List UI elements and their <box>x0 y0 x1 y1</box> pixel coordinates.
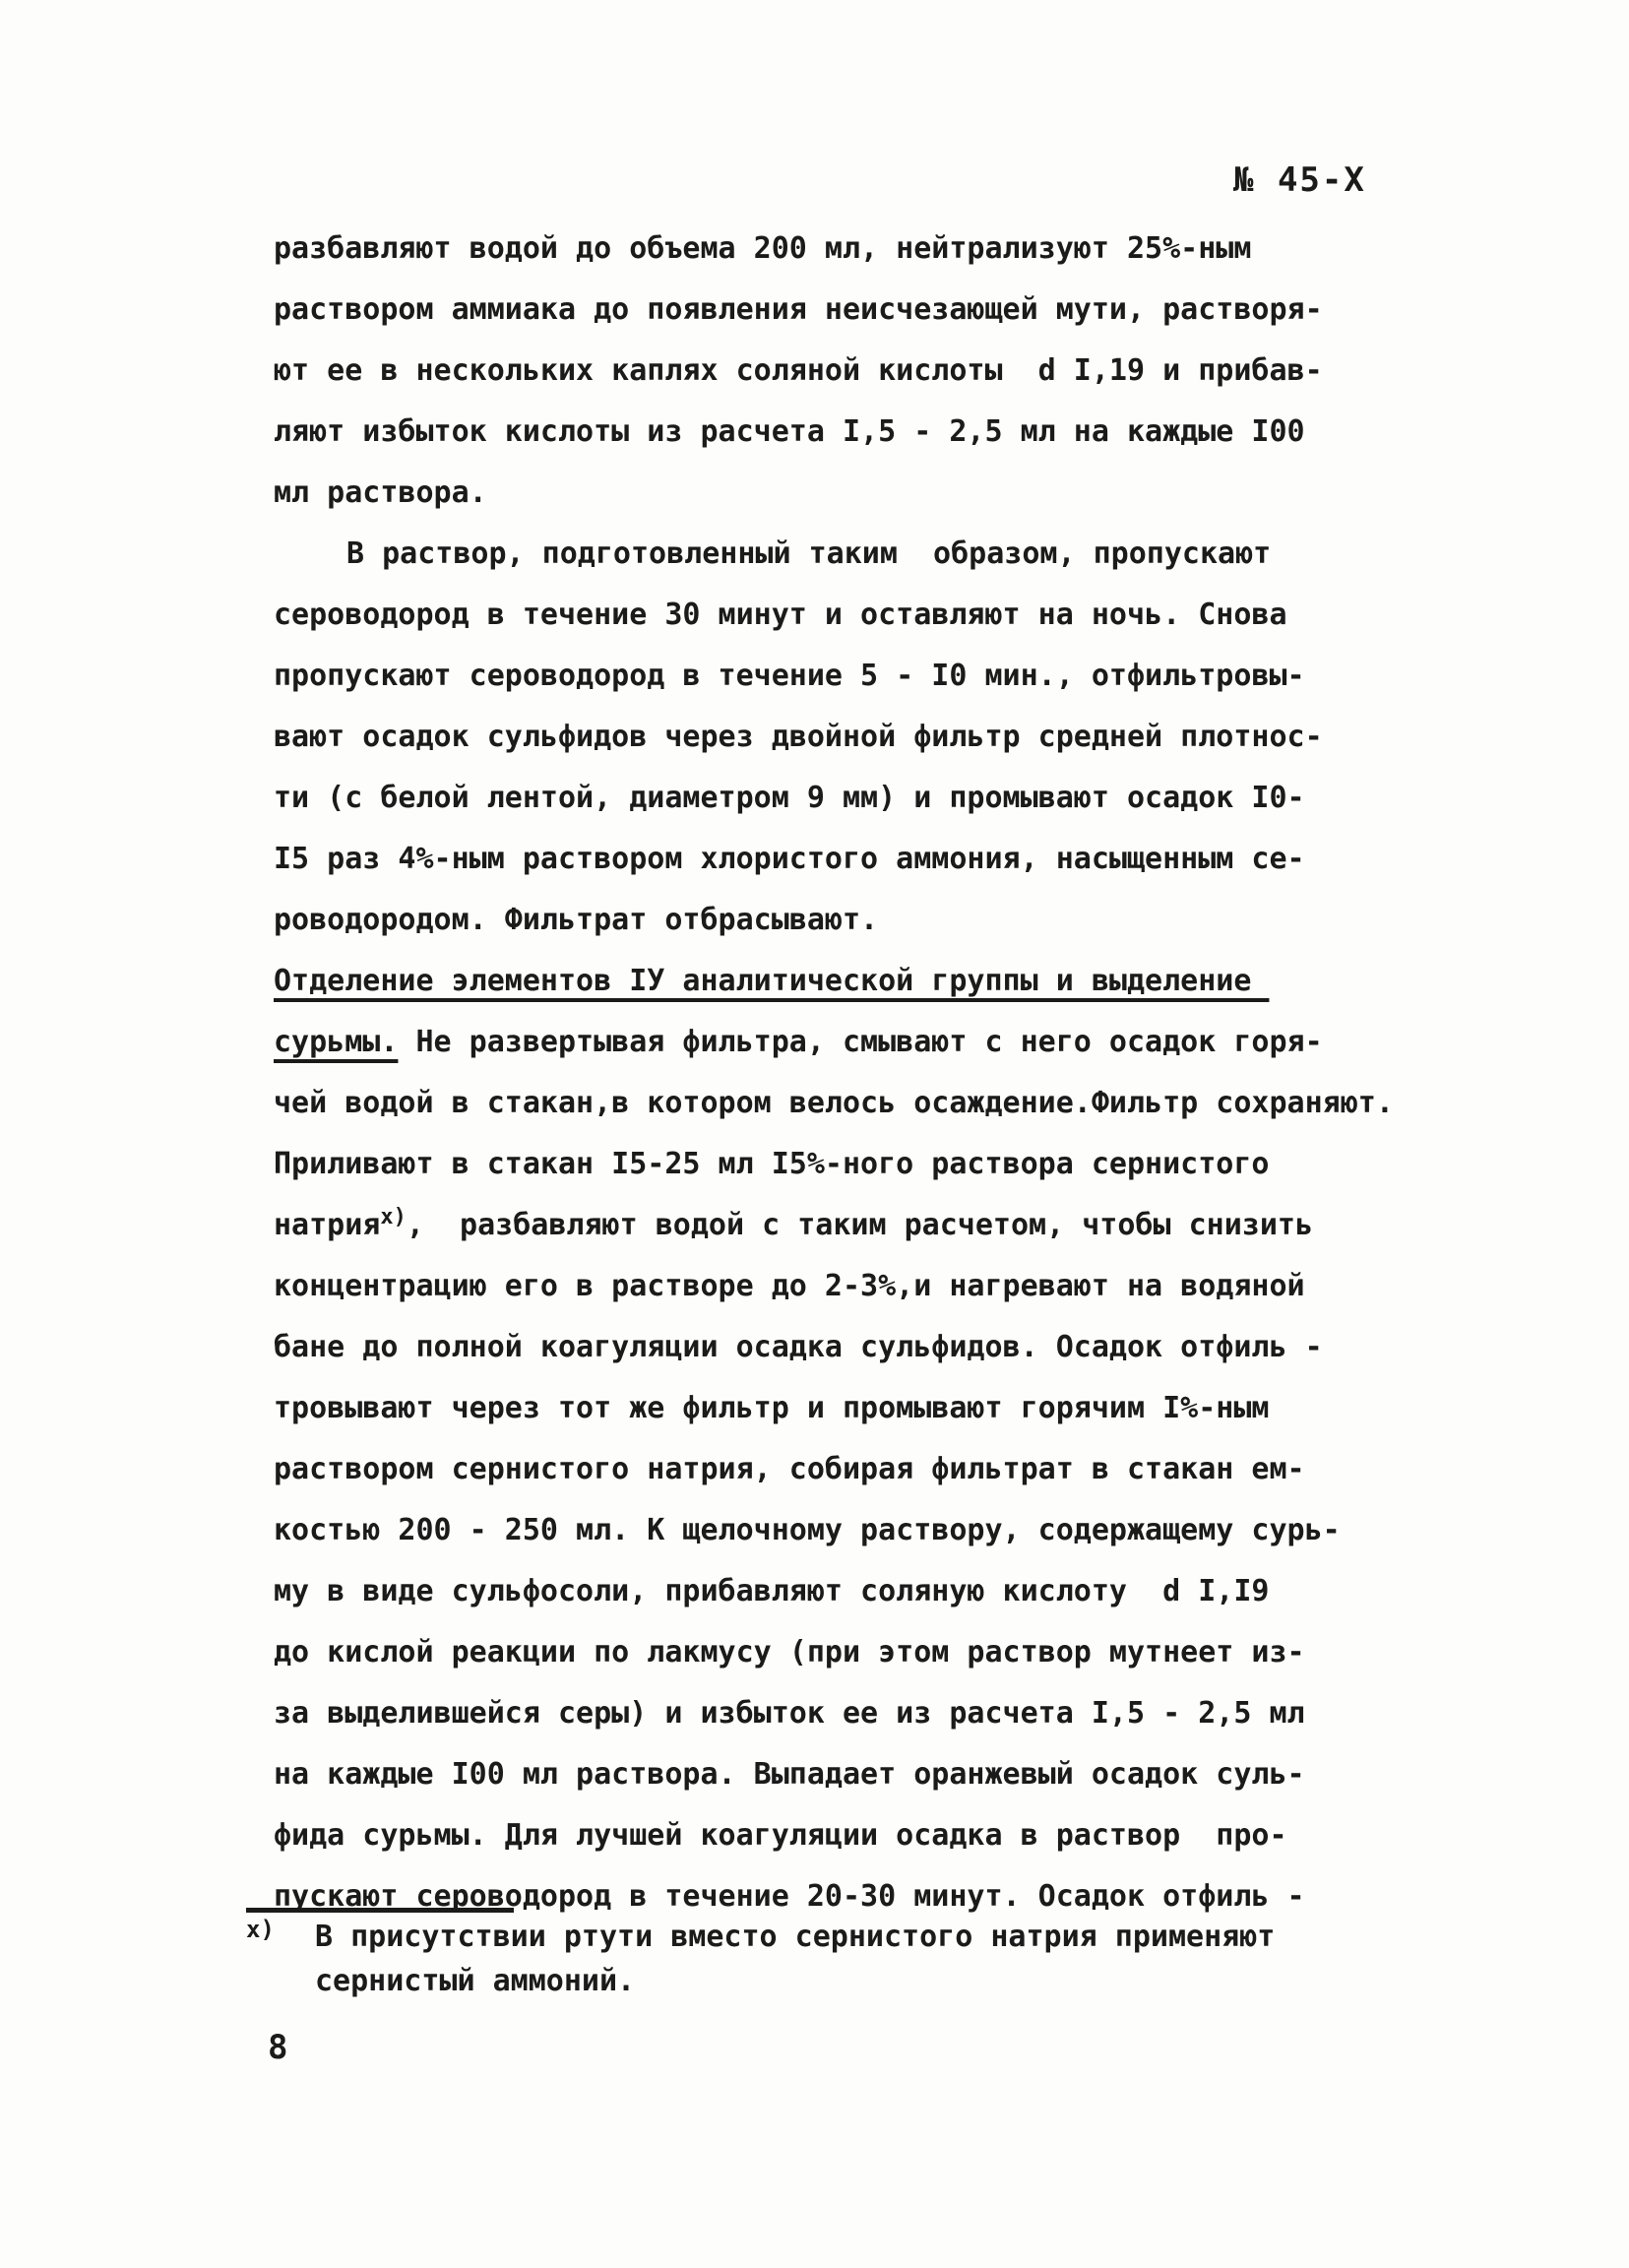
text-line: чей водой в стакан,в котором велось осаж… <box>274 1073 1415 1134</box>
text-line: за выделившейся серы) и избыток ее из ра… <box>274 1683 1415 1744</box>
text-line: роводородом. Фильтрат отбрасывают. <box>274 890 1415 951</box>
text-line: раствором сернистого натрия, собирая фил… <box>274 1439 1415 1500</box>
text-line: В раствор, подготовленный таким образом,… <box>274 524 1415 585</box>
text-line: тровывают через тот же фильтр и промываю… <box>274 1378 1415 1439</box>
text-line: концентрацию его в растворе до 2-3%,и на… <box>274 1256 1415 1317</box>
document-page: № 45-Х разбавляют водой до объема 200 мл… <box>0 0 1629 2268</box>
text-line-with-footnote-ref: натриях), разбавляют водой с таким расче… <box>274 1195 1415 1256</box>
text-span: Не развертывая фильтра, смывают с него о… <box>398 1025 1322 1059</box>
text-line: на каждые I00 мл раствора. Выпадает оран… <box>274 1744 1415 1805</box>
footnote: х) В присутствии ртути вместо сернистого… <box>246 1908 1398 2003</box>
text-line: до кислой реакции по лакмусу (при этом р… <box>274 1622 1415 1683</box>
heading-lead-word: сурьмы. <box>274 1025 398 1059</box>
text-line: мл раствора. <box>274 463 1415 524</box>
section-heading-line-1: Отделение элементов IУ аналитической гру… <box>274 951 1415 1012</box>
footnote-text: В присутствии ртути вместо сернистого на… <box>315 1915 1275 2003</box>
text-line: I5 раз 4%-ным раствором хлористого аммон… <box>274 829 1415 890</box>
text-line: костью 200 - 250 мл. К щелочному раствор… <box>274 1500 1415 1561</box>
text-line: ляют избыток кислоты из расчета I,5 - 2,… <box>274 402 1415 463</box>
body-text: разбавляют водой до объема 200 мл, нейтр… <box>274 219 1415 1927</box>
text-line: ют ее в нескольких каплях соляной кислот… <box>274 341 1415 402</box>
text-line: пропускают сероводород в течение 5 - I0 … <box>274 646 1415 707</box>
text-line: ти (с белой лентой, диаметром 9 мм) и пр… <box>274 768 1415 829</box>
footnote-marker: х) <box>246 1915 315 1944</box>
text-line: бане до полной коагуляции осадка сульфид… <box>274 1317 1415 1378</box>
page-number: 8 <box>268 2028 287 2067</box>
footnote-line: В присутствии ртути вместо сернистого на… <box>315 1915 1275 1959</box>
text-line: му в виде сульфосоли, прибавляют соляную… <box>274 1561 1415 1622</box>
footnote-separator-rule <box>246 1908 514 1913</box>
text-line: раствором аммиака до появления неисчезаю… <box>274 280 1415 341</box>
document-number: № 45-Х <box>1233 160 1366 200</box>
text-line: сероводород в течение 30 минут и оставля… <box>274 585 1415 646</box>
text-line: вают осадок сульфидов через двойной филь… <box>274 707 1415 768</box>
text-line: разбавляют водой до объема 200 мл, нейтр… <box>274 219 1415 280</box>
footnote-line: сернистый аммоний. <box>315 1959 1275 2003</box>
section-heading-line-2: сурьмы. Не развертывая фильтра, смывают … <box>274 1012 1415 1073</box>
text-span: , разбавляют водой с таким расчетом, что… <box>407 1208 1313 1242</box>
footnote-reference-mark: х) <box>380 1205 407 1229</box>
text-span: натрия <box>274 1208 380 1242</box>
text-line: фида сурьмы. Для лучшей коагуляции осадк… <box>274 1805 1415 1866</box>
text-line: Приливают в стакан I5-25 мл I5%-ного рас… <box>274 1134 1415 1195</box>
